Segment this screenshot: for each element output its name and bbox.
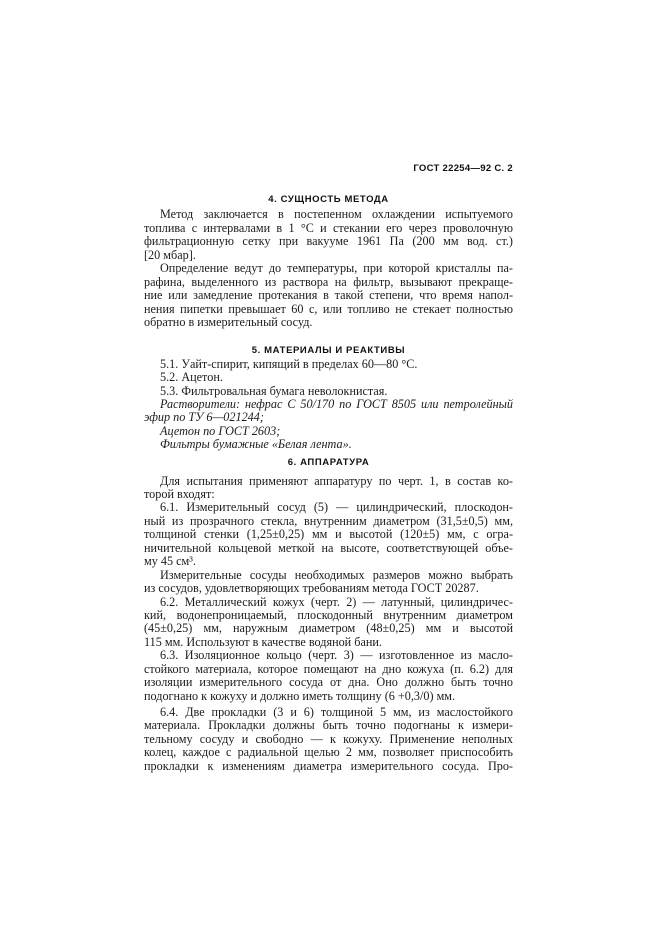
paragraph-line: Определение ведут до температуры, при ко… [160, 262, 513, 276]
paragraph-line: толщиной стенки (1,25±0,25) мм и высотой… [144, 528, 513, 542]
paragraph-line: (45±0,25) мм, наружным диаметром (48±0,2… [144, 622, 513, 636]
document-page: ГОСТ 22254—92 С. 2 4. СУЩНОСТЬ МЕТОДА Ме… [0, 0, 661, 935]
paragraph-line: 6.1. Измерительный сосуд (5) — цилиндрич… [160, 501, 513, 515]
note-line: эфир по ТУ 6—021244; [144, 411, 513, 425]
running-head: ГОСТ 22254—92 С. 2 [398, 163, 513, 174]
paragraph-line: ние или замедление протекания в такой ст… [144, 289, 513, 303]
paragraph-line: му 45 см³. [144, 555, 513, 569]
paragraph-line: подогнано к кожуху и должно иметь толщин… [144, 690, 513, 704]
list-item: 5.2. Ацетон. [160, 371, 513, 385]
paragraph-line: обратно в измерительный сосуд. [144, 316, 513, 330]
paragraph-line: ничительной кольцевой меткой на высоте, … [144, 542, 513, 556]
section-heading-4: 4. СУЩНОСТЬ МЕТОДА [144, 194, 513, 205]
paragraph-line: материала. Прокладки должны быть точно п… [144, 719, 513, 733]
paragraph-line: прокладки к изменениям диаметра измерите… [144, 760, 513, 774]
section-heading-5: 5. МАТЕРИАЛЫ И РЕАКТИВЫ [144, 345, 513, 356]
paragraph-line: изоляции измерительного сосуда от дна. О… [144, 676, 513, 690]
paragraph-line: из сосудов, удовлетворяющих требованиям … [144, 582, 513, 596]
paragraph-line: фильтрационную сетку при вакууме 1961 Па… [144, 235, 513, 249]
paragraph-line: 6.3. Изоляционное кольцо (черт. 3) — изг… [160, 649, 513, 663]
note-line: Фильтры бумажные «Белая лента». [160, 438, 513, 452]
section-heading-6: 6. АППАРАТУРА [144, 457, 513, 468]
paragraph-line: Метод заключается в постепенном охлажден… [160, 208, 513, 222]
paragraph-line: колец, каждое с радиальной щелью 2 мм, п… [144, 746, 513, 760]
